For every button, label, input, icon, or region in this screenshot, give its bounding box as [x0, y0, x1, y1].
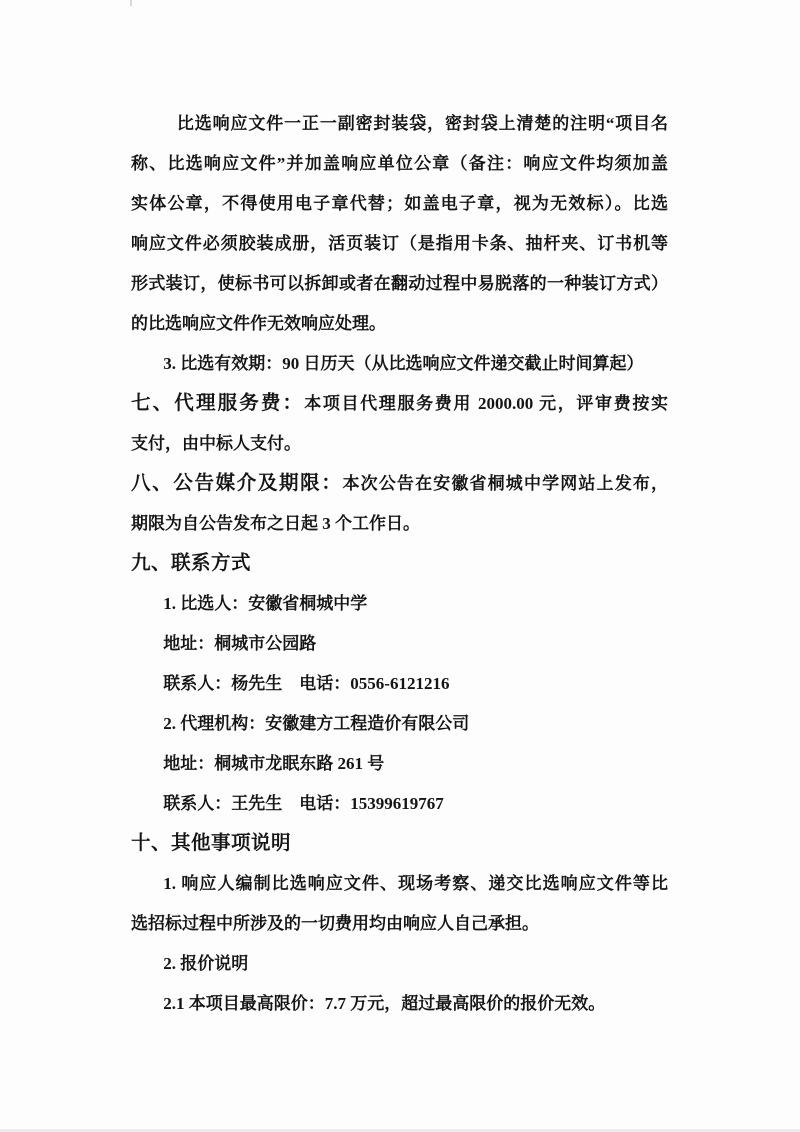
body-text: 1. 比选人：安徽省桐城中学 — [163, 594, 367, 613]
body-text: 地址：桐城市龙眠东路 261 号 — [163, 754, 384, 773]
para-sealing-line2: 称、比选响应文件”并加盖响应单位公章（备注：响应文件均须加盖 — [131, 144, 668, 184]
body-text: 3. 比选有效期：90 日历天（从比选响应文件递交截止时间算起） — [163, 354, 643, 373]
body-text: 联系人：杨先生 电话：0556-6121216 — [163, 674, 449, 693]
section-heading-text: 九、联系方式 — [131, 553, 251, 574]
other-item1-line1: 1. 响应人编制比选响应文件、现场考察、递交比选响应文件等比 — [131, 864, 668, 904]
contact-agency-address: 地址：桐城市龙眠东路 261 号 — [131, 744, 668, 784]
para-sealing-line5: 形式装订，使标书可以拆卸或者在翻动过程中易脱落的一种装订方式） — [131, 264, 668, 304]
body-text: 1. 响应人编制比选响应文件、现场考察、递交比选响应文件等比 — [163, 874, 668, 893]
document-page: 比选响应文件一正一副密封装袋，密封袋上清楚的注明“项目名称、比选响应文件”并加盖… — [0, 0, 800, 1132]
para-sealing-line3: 实体公章，不得使用电子章代替；如盖电子章，视为无效标）。比选 — [131, 184, 668, 224]
body-text: 的比选响应文件作无效响应处理。 — [131, 314, 386, 333]
other-item2-quote-heading: 2. 报价说明 — [131, 944, 668, 984]
body-text: 联系人：王先生 电话：15399619767 — [163, 794, 444, 813]
body-text: 2. 报价说明 — [163, 954, 248, 973]
section7-agency-fee-line2: 支付，由中标人支付。 — [131, 424, 668, 464]
section7-agency-fee-line1: 七、代理服务费：本项目代理服务费用 2000.00 元，评审费按实 — [131, 384, 668, 424]
section-heading-text: 十、其他事项说明 — [131, 833, 291, 854]
section9-contact-heading: 九、联系方式 — [131, 544, 668, 584]
contact-purchaser: 1. 比选人：安徽省桐城中学 — [131, 584, 668, 624]
contact-purchaser-person: 联系人：杨先生 电话：0556-6121216 — [131, 664, 668, 704]
contact-purchaser-address: 地址：桐城市公园路 — [131, 624, 668, 664]
para-sealing-line6: 的比选响应文件作无效响应处理。 — [131, 304, 668, 344]
other-item2-1-price-limit: 2.1 本项目最高限价：7.7 万元，超过最高限价的报价无效。 — [131, 984, 668, 1024]
body-text: 实体公章，不得使用电子章代替；如盖电子章，视为无效标）。比选 — [131, 194, 668, 213]
body-text: 期限为自公告发布之日起 3 个工作日。 — [131, 514, 420, 533]
document-text-block: 比选响应文件一正一副密封装袋，密封袋上清楚的注明“项目名称、比选响应文件”并加盖… — [131, 104, 668, 1024]
body-text: 地址：桐城市公园路 — [163, 634, 316, 653]
body-text: 2.1 本项目最高限价：7.7 万元，超过最高限价的报价无效。 — [163, 994, 605, 1013]
body-text: 形式装订，使标书可以拆卸或者在翻动过程中易脱落的一种装订方式） — [131, 274, 668, 293]
contact-agency: 2. 代理机构：安徽建方工程造价有限公司 — [131, 704, 668, 744]
body-text: 支付，由中标人支付。 — [131, 434, 301, 453]
body-text: 选招标过程中所涉及的一切费用均由响应人自己承担。 — [131, 914, 539, 933]
section-heading-text: 七、代理服务费： — [131, 393, 304, 414]
contact-agency-person: 联系人：王先生 电话：15399619767 — [131, 784, 668, 824]
section10-other-heading: 十、其他事项说明 — [131, 824, 668, 864]
para-sealing-line4: 响应文件必须胶装成册，活页装订（是指用卡条、抽杆夹、订书机等 — [131, 224, 668, 264]
scan-artifact-top-tick — [130, 0, 132, 6]
body-text: 2. 代理机构：安徽建方工程造价有限公司 — [163, 714, 469, 733]
body-text: 响应文件必须胶装成册，活页装订（是指用卡条、抽杆夹、订书机等 — [131, 234, 668, 253]
section8-media-line1: 八、公告媒介及期限：本次公告在安徽省桐城中学网站上发布， — [131, 464, 668, 504]
validity-period-line: 3. 比选有效期：90 日历天（从比选响应文件递交截止时间算起） — [131, 344, 668, 384]
body-text: 本次公告在安徽省桐城中学网站上发布， — [342, 474, 668, 493]
body-text: 本项目代理服务费用 2000.00 元，评审费按实 — [304, 394, 668, 413]
section-heading-text: 八、公告媒介及期限： — [131, 473, 342, 494]
para-sealing-line1: 比选响应文件一正一副密封装袋，密封袋上清楚的注明“项目名 — [131, 104, 668, 144]
section8-media-line2: 期限为自公告发布之日起 3 个工作日。 — [131, 504, 668, 544]
other-item1-line2: 选招标过程中所涉及的一切费用均由响应人自己承担。 — [131, 904, 668, 944]
body-text: 比选响应文件一正一副密封装袋，密封袋上清楚的注明“项目名 — [177, 114, 668, 133]
body-text: 称、比选响应文件”并加盖响应单位公章（备注：响应文件均须加盖 — [131, 154, 668, 173]
